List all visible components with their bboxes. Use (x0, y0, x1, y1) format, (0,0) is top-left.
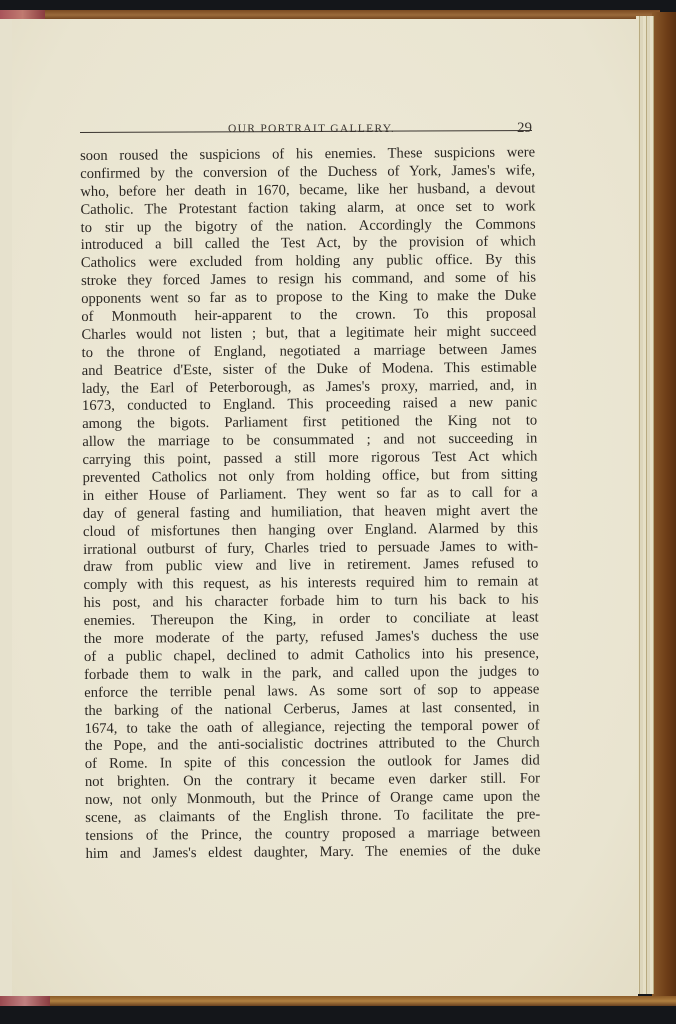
book-cover-bottom-edge (0, 996, 676, 1006)
page-stack-edge (636, 16, 654, 994)
page-number: 29 (517, 120, 532, 137)
text-line: him and James's eldest daughter, Mary. T… (85, 842, 540, 863)
spine-tailband (0, 996, 50, 1006)
book-cover-right-edge (652, 12, 676, 1002)
body-text: soon roused the suspicions of his enemie… (80, 144, 541, 863)
running-title: OUR PORTRAIT GALLERY. (228, 123, 395, 135)
